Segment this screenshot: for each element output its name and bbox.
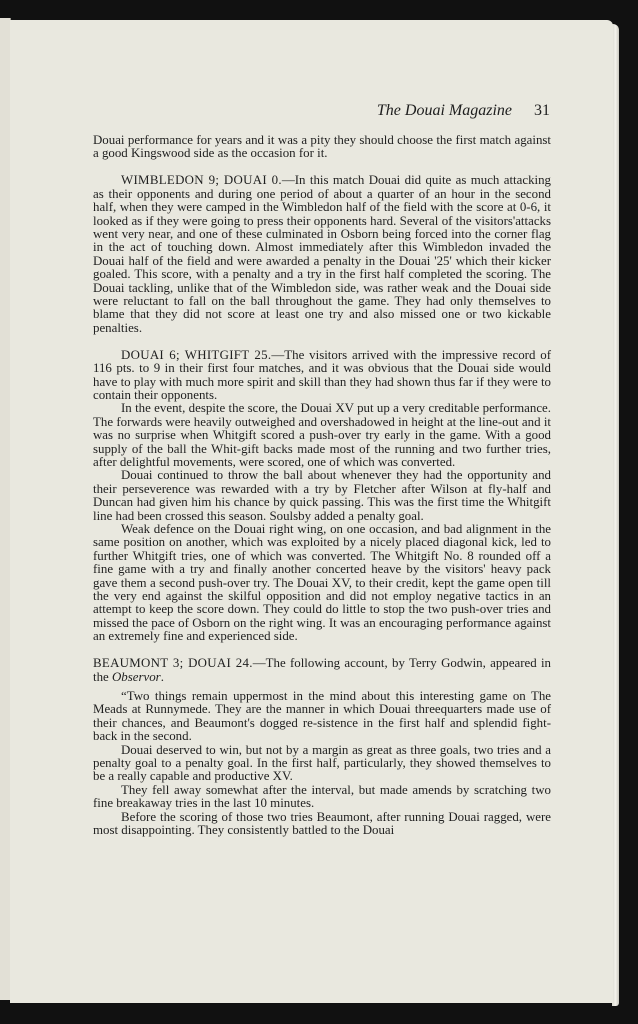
paragraph: Weak defence on the Douai right wing, on… [93, 523, 551, 644]
running-header: The Douai Magazine 31 [377, 102, 550, 120]
continuation-paragraph: Douai performance for years and it was a… [93, 134, 551, 161]
match-report-wimbledon: WIMBLEDON 9; DOUAI 0.—In this match Doua… [93, 174, 551, 335]
page-stack-edge [612, 24, 619, 1006]
match-text: —In this match Douai did quite as much a… [93, 173, 551, 334]
publication-title: The Douai Magazine [377, 102, 512, 119]
match-heading: WIMBLEDON 9; DOUAI 0. [121, 173, 282, 187]
match-heading: BEAUMONT 3; DOUAI 24. [93, 656, 253, 670]
quoted-paragraph: Before the scoring of those two tries Be… [93, 811, 551, 838]
paragraph: Douai continued to throw the ball about … [93, 469, 551, 523]
match-report-beaumont: BEAUMONT 3; DOUAI 24.—The following acco… [93, 657, 551, 684]
quoted-paragraph: They fell away somewhat after the interv… [93, 784, 551, 811]
quoted-paragraph: “Two things remain uppermost in the mind… [93, 690, 551, 744]
paragraph: In the event, despite the score, the Dou… [93, 402, 551, 469]
quoted-paragraph: Douai deserved to win, but not by a marg… [93, 744, 551, 784]
article-body: Douai performance for years and it was a… [93, 134, 551, 837]
page-number: 31 [534, 102, 550, 119]
match-heading: DOUAI 6; WHITGIFT 25. [121, 348, 271, 362]
newspaper-name: Observor [112, 670, 161, 684]
match-report-whitgift: DOUAI 6; WHITGIFT 25.—The visitors arriv… [93, 349, 551, 403]
